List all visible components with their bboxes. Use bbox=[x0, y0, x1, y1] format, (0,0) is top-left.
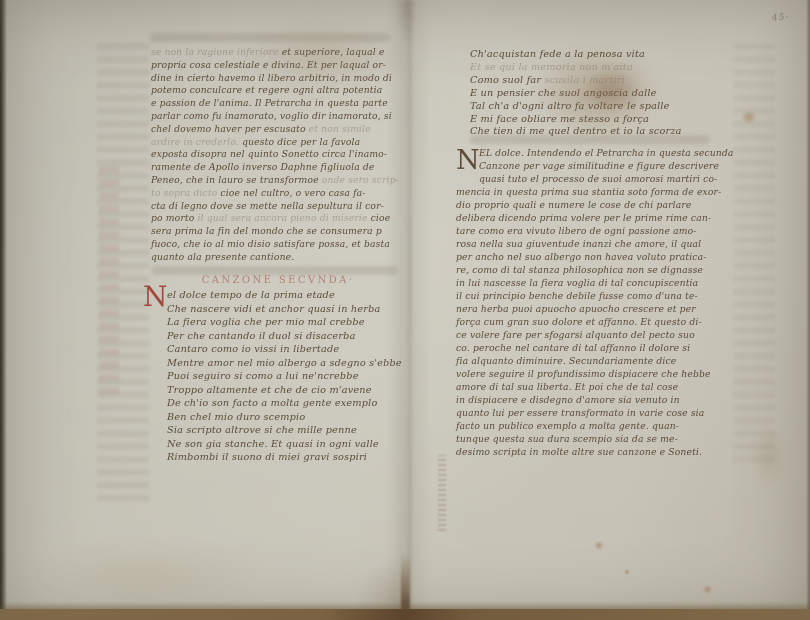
gutter-top-shadow bbox=[397, 0, 417, 46]
text-segment: Sia scripto altrove si che mille penne bbox=[167, 425, 357, 436]
text-segment: Che nascere vidi et anchor quasi in herb… bbox=[167, 304, 381, 315]
text-line: Ch'acquistan fede a la penosa vita bbox=[470, 49, 732, 62]
text-segment: EL dolce. Intendendo el Petrarcha in que… bbox=[479, 148, 734, 159]
text-line: Et se qui la memoria non m'aita bbox=[470, 62, 732, 75]
text-line: in lui nascesse la fiera voglia di tal c… bbox=[456, 277, 736, 290]
text-line: e passion de l'anima. Il Petrarcha in qu… bbox=[151, 98, 407, 111]
text-segment: exposta disopra nel quinto Sonetto circa… bbox=[151, 149, 387, 160]
spot-bottom-1 bbox=[594, 541, 604, 550]
text-segment: co. peroche nel cantare di tal affanno i… bbox=[456, 343, 690, 354]
gutter-inscription bbox=[438, 455, 446, 531]
text-segment: Puoi seguiro si como a lui ne'ncrebbe bbox=[167, 371, 359, 382]
text-segment: quasi tuto el processo de suoi amorosi m… bbox=[479, 174, 717, 185]
text-segment: sera prima la fin del mondo che se consu… bbox=[151, 226, 382, 237]
text-line: cta di legno dove se mette nella sepultu… bbox=[151, 201, 407, 214]
text-line: Mentre amor nel mio albergo a sdegno s'e… bbox=[167, 357, 407, 371]
text-line: Per che cantando il duol si disacerba bbox=[167, 330, 407, 344]
text-segment: quanto lui per essere transformato in va… bbox=[456, 408, 704, 419]
text-line: fuoco, che io al mio disio satisfare pos… bbox=[151, 239, 407, 252]
text-line: mencia in questa prima sua stantia soto … bbox=[456, 186, 736, 199]
canzone-rubric: CANZONE SECVNDA· bbox=[150, 275, 406, 286]
faded-text-segment: et non simile bbox=[309, 124, 371, 135]
text-line: Peneo, che in lauro se transformoe onde … bbox=[151, 175, 407, 188]
text-segment: amore di tal sua liberta. Et poi che de … bbox=[456, 382, 678, 393]
text-segment: re, como di tal stanza philosophica non … bbox=[456, 265, 703, 276]
text-line: quasi tuto el processo de suoi amorosi m… bbox=[456, 173, 736, 186]
text-line: parlar como fu inamorato, voglio dir ina… bbox=[151, 111, 407, 124]
text-line: per ancho nel suo albergo non havea volu… bbox=[456, 251, 736, 264]
text-segment: volere seguire il profundissimo dispiace… bbox=[456, 369, 711, 380]
text-line: co. peroche nel cantare di tal affanno i… bbox=[456, 342, 736, 355]
text-line: força cum gran suo dolore et affanno. Et… bbox=[456, 316, 736, 329]
initial-right: N bbox=[456, 148, 475, 174]
text-line: nera herba puoi apuocho apuocho crescere… bbox=[456, 303, 736, 316]
text-line: re, como di tal stanza philosophica non … bbox=[456, 264, 736, 277]
text-line: Puoi seguiro si como a lui ne'ncrebbe bbox=[167, 370, 407, 384]
text-segment: il cui principio benche debile fusse com… bbox=[456, 291, 698, 302]
text-line: tare como era vivuto libero de ogni pass… bbox=[456, 225, 736, 238]
text-line: quanto lui per essere transformato in va… bbox=[456, 407, 736, 420]
text-segment: quanto ala presente cantione. bbox=[151, 252, 294, 263]
left-page-poem: el dolce tempo de la prima etadeChe nasc… bbox=[167, 289, 407, 465]
right-page-poem: Ch'acquistan fede a la penosa vitaEt se … bbox=[470, 49, 732, 139]
text-segment: tare como era vivuto libero de ogni pass… bbox=[456, 226, 697, 237]
text-line: EL dolce. Intendendo el Petrarcha in que… bbox=[456, 147, 736, 160]
text-segment: Ben chel mio duro scempio bbox=[167, 412, 305, 423]
text-line: La fiera voglia che per mio mal crebbe bbox=[167, 316, 407, 330]
text-line: Cantaro como io vissi in libertade bbox=[167, 343, 407, 357]
faded-text-segment: se non la ragione inferiore bbox=[151, 47, 282, 58]
text-segment: dine in cierto havemo il libero arbitrio… bbox=[151, 73, 392, 84]
text-segment: facto un publico exemplo a molta gente. … bbox=[456, 421, 679, 432]
text-segment: rosa nella sua giuventude inanzi che amo… bbox=[456, 239, 701, 250]
text-line: Che tien di me quel dentro et io la scor… bbox=[470, 126, 732, 139]
text-line: sera prima la fin del mondo che se consu… bbox=[151, 226, 407, 239]
text-segment: Tal ch'a d'ogni altro fa voltare le spal… bbox=[470, 101, 670, 112]
text-segment: Ch'acquistan fede a la penosa vita bbox=[470, 49, 645, 60]
text-segment: el dolce tempo de la prima etade bbox=[167, 290, 335, 301]
bleedthrough-left-margin-red bbox=[99, 165, 119, 395]
text-segment: po morto bbox=[151, 213, 197, 224]
text-line: De ch'io son facto a molta gente exemplo bbox=[167, 397, 407, 411]
text-segment: in lui nascesse la fiera voglia di tal c… bbox=[456, 278, 698, 289]
text-line: ramente de Apollo inverso Daphne figliuo… bbox=[151, 162, 407, 175]
text-line: E mi face obliare me stesso a força bbox=[470, 114, 732, 127]
text-line: volere seguire il profundissimo dispiace… bbox=[456, 368, 736, 381]
text-line: propria cosa celestiale e divina. Et per… bbox=[151, 60, 407, 73]
text-line: il cui principio benche debile fusse com… bbox=[456, 290, 736, 303]
text-line: el dolce tempo de la prima etade bbox=[167, 289, 407, 303]
text-line: exposta disopra nel quinto Sonetto circa… bbox=[151, 149, 407, 162]
text-segment: parlar como fu inamorato, voglio dir ina… bbox=[151, 111, 392, 122]
text-segment: propria cosa celestiale e divina. Et per… bbox=[151, 60, 386, 71]
text-segment: Cantaro como io vissi in libertade bbox=[167, 344, 339, 355]
text-segment: cioe nel cultro, o vero casa fa- bbox=[220, 188, 365, 199]
text-segment: ramente de Apollo inverso Daphne figliuo… bbox=[151, 162, 375, 173]
text-segment: desimo scripta in molte altre sue canzon… bbox=[456, 447, 702, 458]
text-segment: Mentre amor nel mio albergo a sdegno s'e… bbox=[167, 358, 402, 369]
text-line: quanto ala presente cantione. bbox=[151, 252, 407, 265]
faded-text-segment: il qual sera ancora pieno di miserie bbox=[197, 213, 370, 224]
gutter-fold bbox=[386, 0, 432, 620]
text-line: Che nascere vidi et anchor quasi in herb… bbox=[167, 303, 407, 317]
text-segment: Canzone per vage similitudine e figure d… bbox=[479, 161, 719, 172]
text-segment: E un pensier che suol angoscia dalle bbox=[470, 88, 657, 99]
text-line: ce volere fare per sfogarsi alquanto del… bbox=[456, 329, 736, 342]
text-segment: La fiera voglia che per mio mal crebbe bbox=[167, 317, 365, 328]
text-line: rosa nella sua giuventude inanzi che amo… bbox=[456, 238, 736, 251]
text-segment: fia alquanto diminuire. Secundariamente … bbox=[456, 356, 676, 367]
text-line: chel dovemo haver per escusato et non si… bbox=[151, 124, 407, 137]
text-segment: Rimbombi il suono di miei gravi sospiri bbox=[167, 452, 367, 463]
text-line: Troppo altamente et che de cio m'avene bbox=[167, 384, 407, 398]
text-line: delibera dicendo prima volere per le pri… bbox=[456, 212, 736, 225]
text-line: facto un publico exemplo a molta gente. … bbox=[456, 420, 736, 433]
book-bottom-edge bbox=[0, 609, 810, 620]
faded-text-segment: ardire in crederlo. bbox=[151, 137, 242, 148]
illuminated-initial-left: N bbox=[143, 283, 168, 311]
text-line: Ben chel mio duro scempio bbox=[167, 411, 407, 425]
text-segment: Como suol far bbox=[470, 75, 544, 86]
text-line: dine in cierto havemo il libero arbitrio… bbox=[151, 73, 407, 86]
text-line: Tal ch'a d'ogni altro fa voltare le spal… bbox=[470, 101, 732, 114]
left-page-commentary: se non la ragione inferiore et superiore… bbox=[151, 47, 407, 265]
manuscript-photo: 45· se non la ragione inferiore et super… bbox=[0, 0, 810, 620]
text-segment: ce volere fare per sfogarsi alquanto del… bbox=[456, 330, 695, 341]
binding-left-edge bbox=[0, 0, 7, 620]
text-segment: Troppo altamente et che de cio m'avene bbox=[167, 385, 372, 396]
text-line: Canzone per vage similitudine e figure d… bbox=[456, 160, 736, 173]
text-line: Sia scripto altrove si che mille penne bbox=[167, 424, 407, 438]
text-line: to sopra dicto cioe nel cultro, o vero c… bbox=[151, 188, 407, 201]
text-segment: força cum gran suo dolore et affanno. Et… bbox=[456, 317, 702, 328]
text-line: potemo conculcare et regere ogni altra p… bbox=[151, 85, 407, 98]
spot-bottom-2 bbox=[702, 585, 713, 594]
text-line: tunque questa sua dura scempio sia da se… bbox=[456, 433, 736, 446]
faded-text-segment: Et se qui la memoria non m'aita bbox=[470, 62, 633, 73]
text-line: ardire in crederlo. questo dice per la f… bbox=[151, 137, 407, 150]
bleedthrough-right-margin bbox=[733, 42, 775, 462]
text-line: desimo scripta in molte altre sue canzon… bbox=[456, 446, 736, 459]
text-segment: chel dovemo haver per escusato bbox=[151, 124, 309, 135]
text-segment: cta di legno dove se mette nella sepultu… bbox=[151, 201, 384, 212]
text-segment: fuoco, che io al mio disio satisfare pos… bbox=[151, 239, 390, 250]
text-line: po morto il qual sera ancora pieno di mi… bbox=[151, 213, 407, 226]
text-segment: De ch'io son facto a molta gente exemplo bbox=[167, 398, 377, 409]
text-segment: Ne son gia stanche. Et quasi in ogni val… bbox=[167, 439, 379, 450]
text-segment: questo dice per la favola bbox=[242, 137, 360, 148]
text-segment: e passion de l'anima. Il Petrarcha in qu… bbox=[151, 98, 388, 109]
text-segment: per ancho nel suo albergo non havea volu… bbox=[456, 252, 706, 263]
text-line: E un pensier che suol angoscia dalle bbox=[470, 88, 732, 101]
bleedthrough-band-above-rubric bbox=[152, 266, 398, 275]
text-line: se non la ragione inferiore et superiore… bbox=[151, 47, 407, 60]
text-line: amore di tal sua liberta. Et poi che de … bbox=[456, 381, 736, 394]
page-right-edge bbox=[806, 0, 810, 620]
text-segment: Per che cantando il duol si disacerba bbox=[167, 331, 356, 342]
text-segment: Che tien di me quel dentro et io la scor… bbox=[470, 126, 682, 137]
folio-number: 45· bbox=[772, 12, 790, 23]
text-line: Ne son gia stanche. Et quasi in ogni val… bbox=[167, 438, 407, 452]
text-segment: E mi face obliare me stesso a força bbox=[470, 114, 649, 125]
bleedthrough-band-top-left bbox=[150, 33, 390, 42]
text-segment: nera herba puoi apuocho apuocho crescere… bbox=[456, 304, 696, 315]
faded-text-segment: scusila i martiri bbox=[544, 75, 625, 86]
text-segment: delibera dicendo prima volere per le pri… bbox=[456, 213, 711, 224]
spot-bottom-3 bbox=[624, 569, 630, 575]
text-line: Rimbombi il suono di miei gravi sospiri bbox=[167, 451, 407, 465]
text-line: Como suol far scusila i martiri bbox=[470, 75, 732, 88]
text-line: dio proprio quali e numere le cose de ch… bbox=[456, 199, 736, 212]
text-segment: in dispiacere e disdegno d'amore sia ven… bbox=[456, 395, 680, 406]
text-segment: dio proprio quali e numere le cose de ch… bbox=[456, 200, 691, 211]
text-segment: potemo conculcare et regere ogni altra p… bbox=[151, 85, 382, 96]
right-page-commentary: N EL dolce. Intendendo el Petrarcha in q… bbox=[456, 147, 736, 459]
text-segment: mencia in questa prima sua stantia soto … bbox=[456, 187, 721, 198]
text-segment: et superiore, laqual e bbox=[282, 47, 385, 58]
text-segment: Peneo, che in lauro se transformoe bbox=[151, 175, 322, 186]
text-line: fia alquanto diminuire. Secundariamente … bbox=[456, 355, 736, 368]
text-segment: tunque questa sua dura scempio sia da se… bbox=[456, 434, 678, 445]
faded-text-segment: to sopra dicto bbox=[151, 188, 220, 199]
stain-left-bottom-warm bbox=[28, 546, 263, 604]
text-line: in dispiacere e disdegno d'amore sia ven… bbox=[456, 394, 736, 407]
